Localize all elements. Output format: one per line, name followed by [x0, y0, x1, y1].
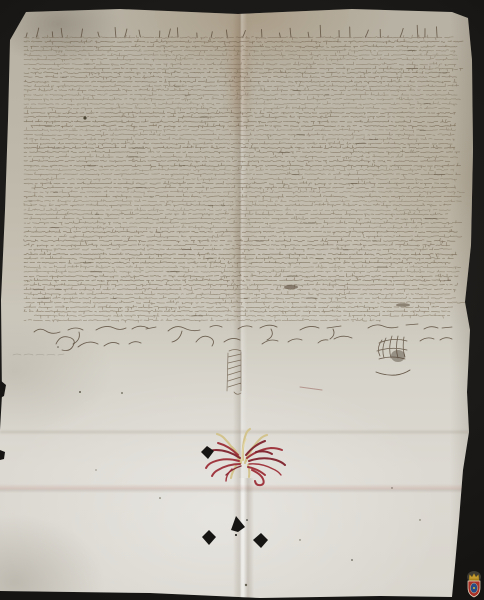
faint-horizontal-crease [0, 431, 484, 433]
lower-vertical-fold [238, 478, 254, 600]
parchment-edge-shade [450, 0, 474, 600]
crest-crown-band [469, 579, 479, 581]
photograph [0, 0, 484, 600]
crest-center-dot [473, 587, 475, 589]
archive-crest-icon [464, 571, 484, 599]
charter-parchment [0, 0, 484, 600]
